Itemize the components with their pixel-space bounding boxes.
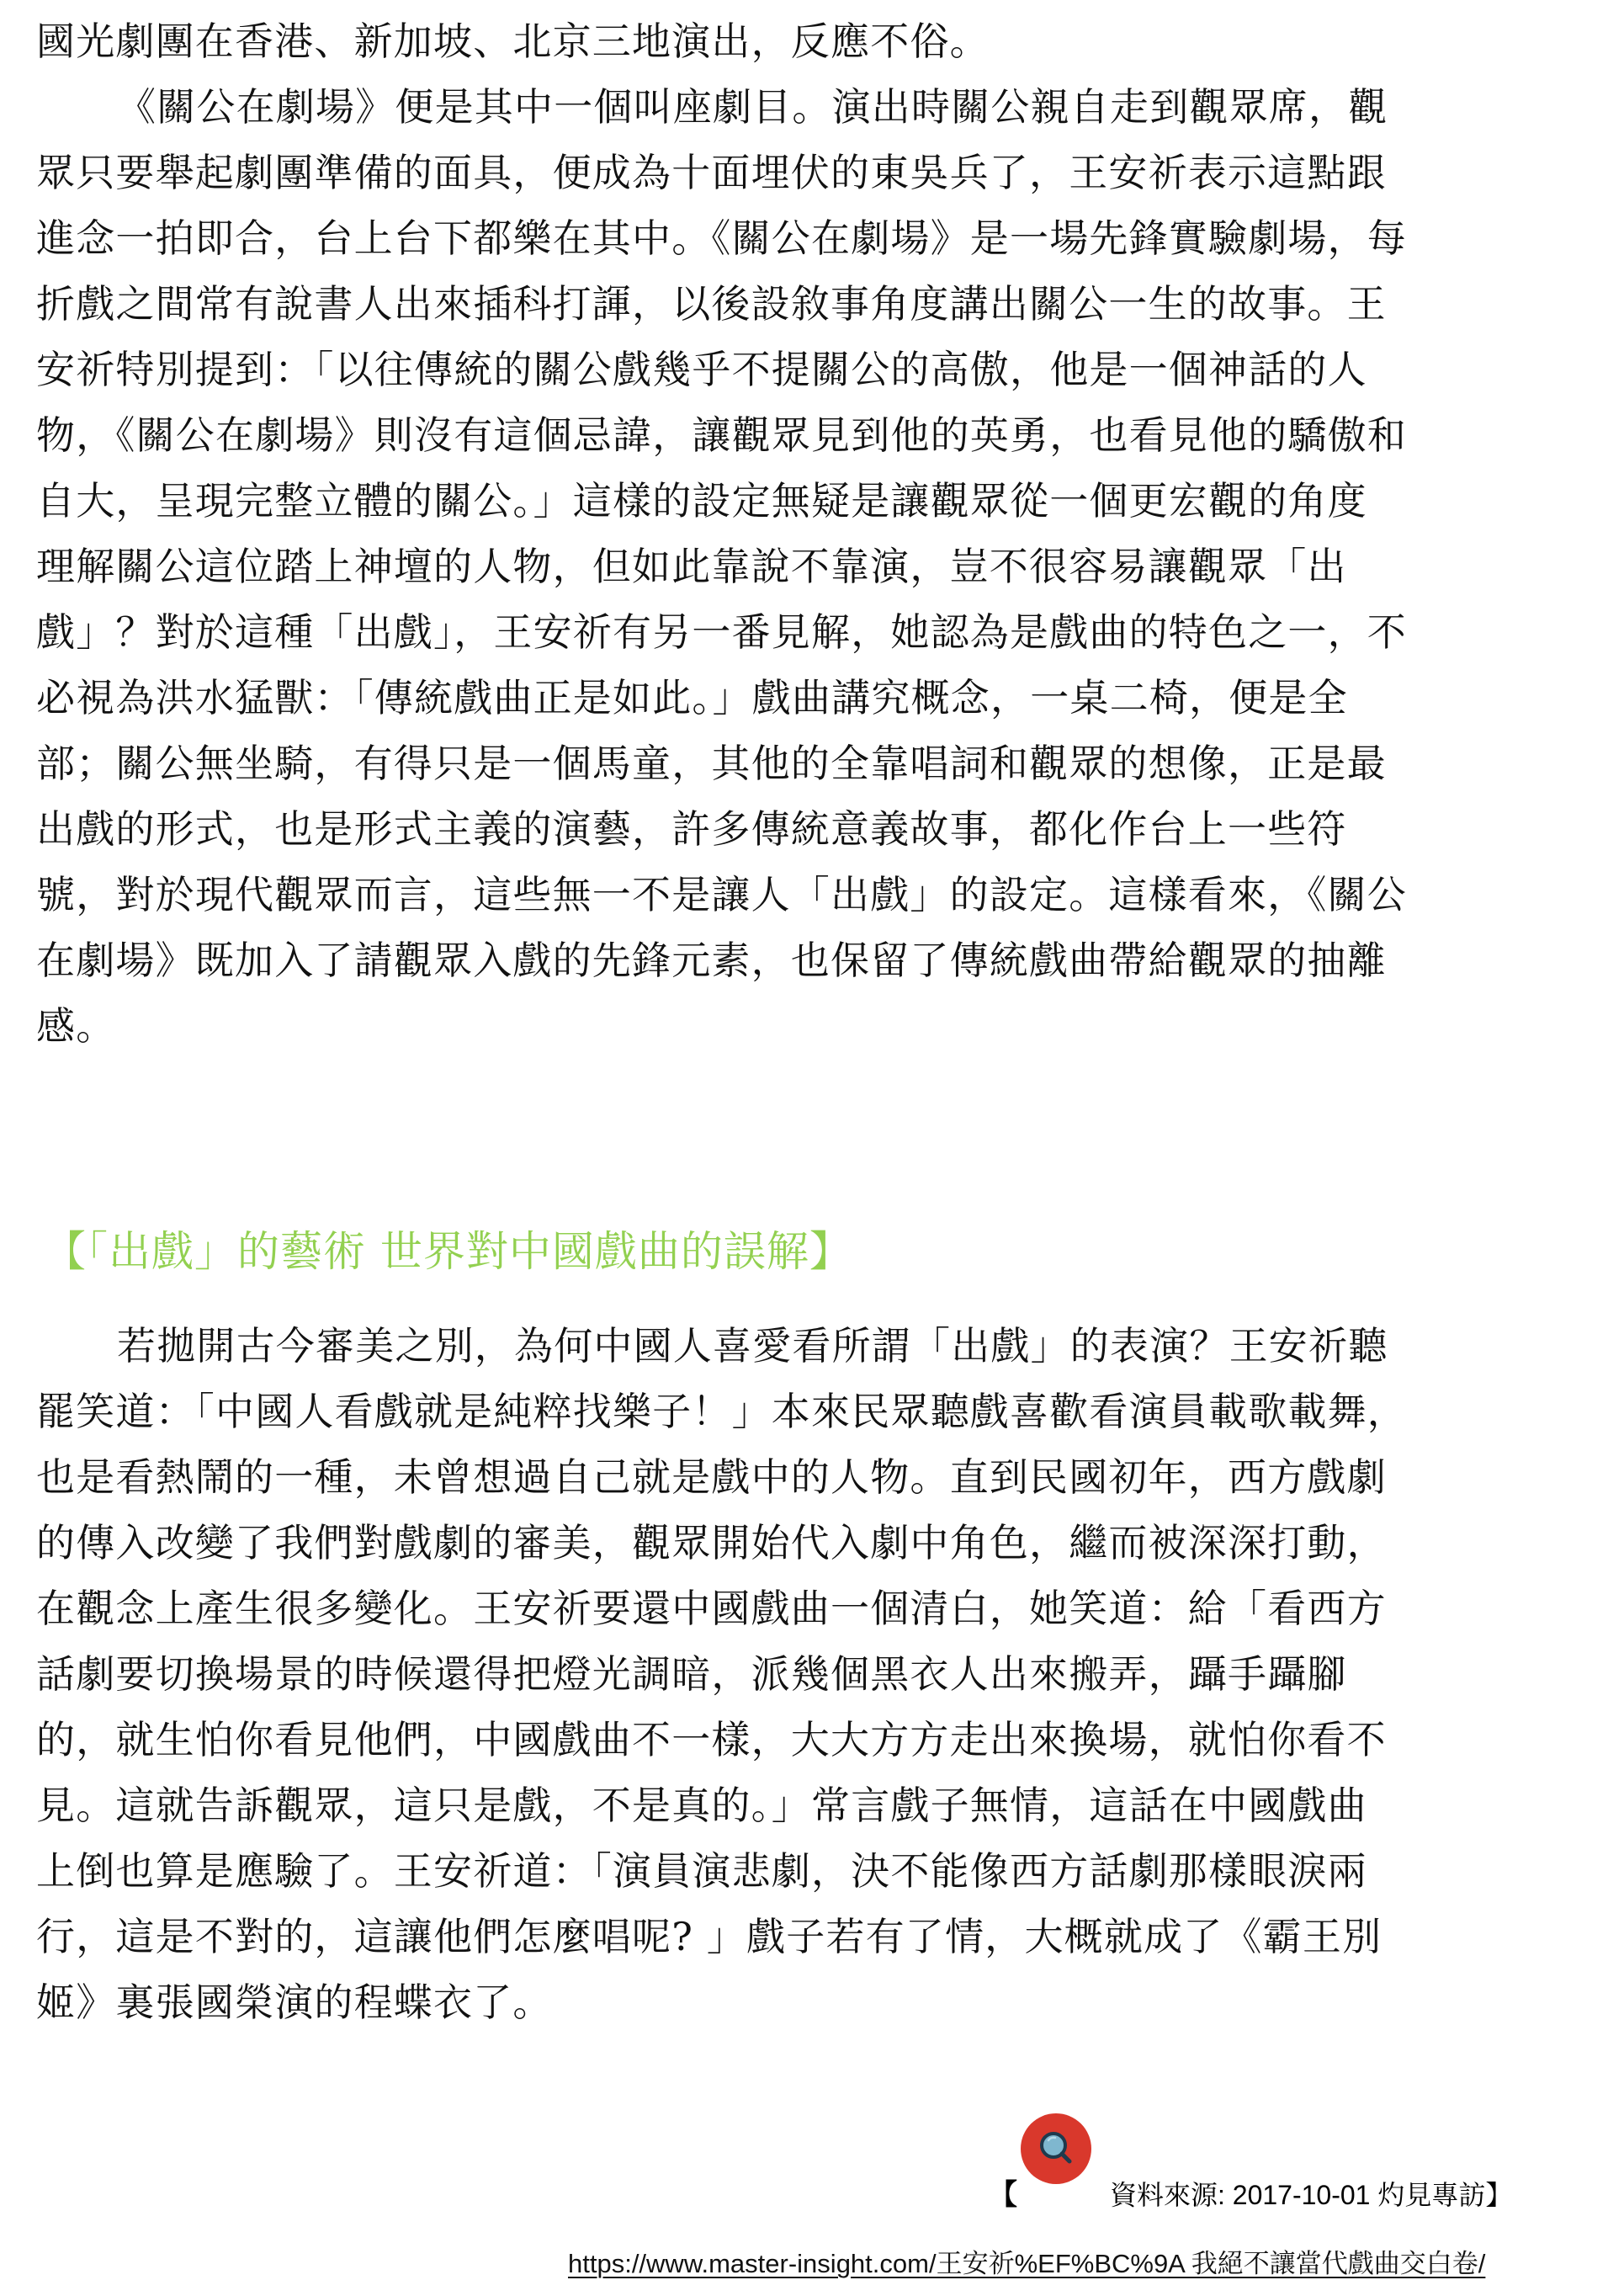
paragraph-line: 國光劇團在香港、新加坡、北京三地演出，反應不俗。: [36, 8, 1551, 74]
paragraph-line: 罷笑道：「中國人看戲就是純粹找樂子！」本來民眾聽戲喜歡看演員載歌載舞，: [36, 1379, 1551, 1444]
paragraph-line: 姬》裏張國榮演的程蝶衣了。: [36, 1969, 1551, 2035]
paragraph-line: 進念一拍即合，台上台下都樂在其中。《關公在劇場》是一場先鋒實驗劇場，每: [36, 205, 1551, 271]
document-page: 國光劇團在香港、新加坡、北京三地演出，反應不俗。 《關公在劇場》便是其中一個叫座…: [0, 0, 1608, 2296]
article-section-2: 若拋開古今審美之別，為何中國人喜愛看所謂「出戲」的表演？王安祈聽 罷笑道：「中國…: [36, 1313, 1551, 2035]
paragraph-line: 折戲之間常有說書人出來插科打諢，以後設敘事角度講出關公一生的故事。王: [36, 271, 1551, 337]
paragraph-line: 的傳入改變了我們對戲劇的審美，觀眾開始代入劇中角色，繼而被深深打動，: [36, 1510, 1551, 1576]
paragraph-line: 物，《關公在劇場》則沒有這個忌諱，讓觀眾見到他的英勇，也看見他的驕傲和: [36, 402, 1551, 468]
paragraph-line: 《關公在劇場》便是其中一個叫座劇目。演出時關公親自走到觀眾席，觀: [36, 74, 1551, 140]
paragraph-line: 行，這是不對的，這讓他們怎麼唱呢? 」戲子若有了情，大概就成了《霸王別: [36, 1904, 1551, 1969]
source-url-link[interactable]: https://www.master-insight.com/王安祈%EF%BC…: [568, 2244, 1485, 2284]
paragraph-line: 出戲的形式，也是形式主義的演藝，許多傳統意義故事，都化作台上一些符: [36, 796, 1551, 862]
paragraph-line: 若拋開古今審美之別，為何中國人喜愛看所謂「出戲」的表演？王安祈聽: [36, 1313, 1551, 1379]
paragraph-line: 感。: [36, 993, 1551, 1059]
paragraph-line: 理解關公這位踏上神壇的人物，但如此靠說不靠演，豈不很容易讓觀眾「出: [36, 534, 1551, 599]
paragraph-line: 見。這就告訴觀眾，這只是戲，不是真的。」常言戲子無情，這話在中國戲曲: [36, 1772, 1551, 1838]
article-section-1: 國光劇團在香港、新加坡、北京三地演出，反應不俗。 《關公在劇場》便是其中一個叫座…: [36, 8, 1551, 1059]
section-heading: 【「出戲」的藝術 世界對中國戲曲的誤解】: [44, 1219, 852, 1284]
paragraph-line: 眾只要舉起劇團準備的面具，便成為十面埋伏的東吳兵了，王安祈表示這點跟: [36, 140, 1551, 205]
paragraph-line: 必視為洪水猛獸：「傳統戲曲正是如此。」戲曲講究概念，一桌二椅，便是全: [36, 665, 1551, 731]
source-citation: 【資料來源: 2017-10-01 灼見專訪】: [989, 2171, 1512, 2219]
source-open-bracket: 【: [989, 2179, 1017, 2211]
paragraph-line: 在觀念上產生很多變化。王安祈要還中國戲曲一個清白，她笑道：給「看西方: [36, 1576, 1551, 1641]
paragraph-line: 部；關公無坐騎，有得只是一個馬童，其他的全靠唱詞和觀眾的想像，正是最: [36, 731, 1551, 796]
paragraph-line: 號，對於現代觀眾而言，這些無一不是讓人「出戲」的設定。這樣看來，《關公: [36, 862, 1551, 927]
source-text: 資料來源: 2017-10-01 灼見專訪】: [1110, 2180, 1512, 2210]
paragraph-line: 上倒也算是應驗了。王安祈道：「演員演悲劇，決不能像西方話劇那樣眼淚兩: [36, 1838, 1551, 1904]
paragraph-line: 在劇場》既加入了請觀眾入戲的先鋒元素，也保留了傳統戲曲帶給觀眾的抽離: [36, 927, 1551, 993]
paragraph-line: 也是看熱鬧的一種，未曾想過自己就是戲中的人物。直到民國初年，西方戲劇: [36, 1444, 1551, 1510]
paragraph-line: 話劇要切換場景的時候還得把燈光調暗，派幾個黑衣人出來搬弄，躡手躡腳: [36, 1641, 1551, 1707]
paragraph-line: 安祈特別提到：「以往傳統的關公戲幾乎不提關公的高傲，他是一個神話的人: [36, 337, 1551, 402]
paragraph-line: 戲」？對於這種「出戲」，王安祈有另一番見解，她認為是戲曲的特色之一，不: [36, 599, 1551, 665]
paragraph-line: 自大，呈現完整立體的關公。」這樣的設定無疑是讓觀眾從一個更宏觀的角度: [36, 468, 1551, 534]
paragraph-line: 的，就生怕你看見他們，中國戲曲不一樣，大大方方走出來換場，就怕你看不: [36, 1707, 1551, 1772]
